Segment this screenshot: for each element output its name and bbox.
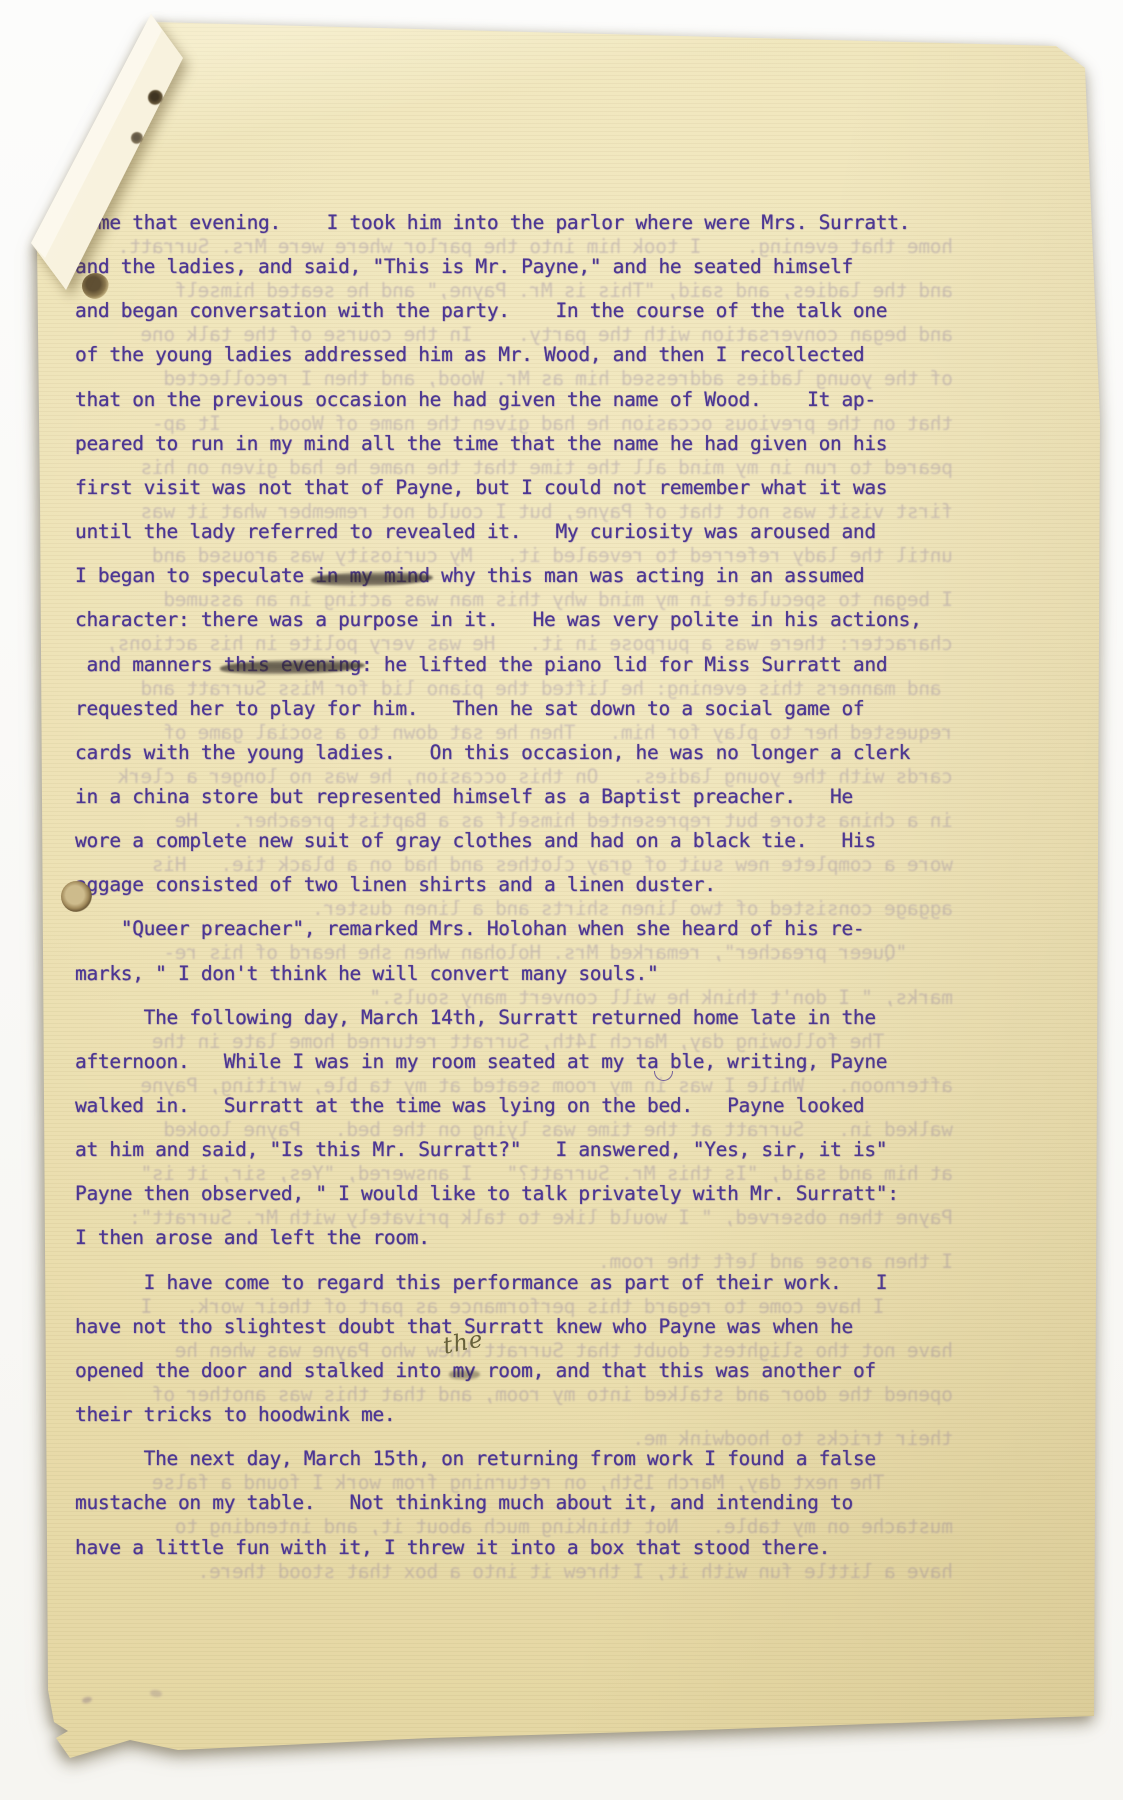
text-line: their tricks to hoodwink me. <box>75 1404 395 1426</box>
text-line: I began to speculate in my mind why this… <box>75 565 864 587</box>
bleedthrough-line: "Queer preacher", remarked Mrs. Holohan … <box>164 942 953 964</box>
ink-smudge <box>150 1689 163 1698</box>
bleedthrough-line: I then arose and left the room. <box>598 1251 953 1273</box>
text-line: and began conversation with the party. I… <box>75 300 887 322</box>
bleedthrough-line: opened the door and stalked into my room… <box>152 1384 953 1406</box>
bleedthrough-line: The following day, March 14th, Surratt r… <box>152 1031 953 1053</box>
text-segment: requested her to play for him. Then he s… <box>75 697 864 720</box>
text-line: home that evening. I took him into the p… <box>75 212 910 234</box>
text-segment: afternoon. While I was in my room seated… <box>75 1050 636 1073</box>
text-segment: why this man was acting in an assumed <box>430 564 865 587</box>
text-line: The next day, March 15th, on returning f… <box>75 1448 876 1470</box>
text-line: afternoon. While I was in my room seated… <box>75 1051 887 1073</box>
bleedthrough-line: character: there was a purpose in it. He… <box>106 633 953 655</box>
text-line: The following day, March 14th, Surratt r… <box>75 1007 876 1029</box>
text-segment: and began conversation with the party. I… <box>75 299 887 322</box>
text-line: "Queer preacher", remarked Mrs. Holohan … <box>75 918 864 940</box>
bleedthrough-line: requested her to play for him. Then he s… <box>164 722 953 744</box>
text-segment: "Queer preacher", remarked Mrs. Holohan … <box>75 917 864 940</box>
bleedthrough-line: aggage consisted of two linen shirts and… <box>312 898 953 920</box>
text-line: and the ladies, and said, "This is Mr. P… <box>75 256 853 278</box>
text-segment: that on the previous occasion he had giv… <box>75 388 876 411</box>
text-line: Payne then observed, " I would like to t… <box>75 1183 899 1205</box>
text-segment: , writing, Payne <box>704 1050 887 1073</box>
text-line: until the lady referred to revealed it. … <box>75 521 876 543</box>
text-segment: The following day, March 14th, Surratt r… <box>75 1006 876 1029</box>
text-segment: room, and that this was another of <box>475 1359 875 1382</box>
text-segment: have a little fun with it, I threw it in… <box>75 1536 830 1559</box>
text-line: and manners this evening: he lifted the … <box>75 654 887 676</box>
text-line: peared to run in my mind all the time th… <box>75 433 887 455</box>
text-segment: their tricks to hoodwink me. <box>75 1403 395 1426</box>
text-segment: peared to run in my mind all the time th… <box>75 432 887 455</box>
text-segment: I began to speculate <box>75 564 315 587</box>
text-line: marks, " I don't think he will convert m… <box>75 963 658 985</box>
text-segment: and manners <box>75 653 224 676</box>
bleedthrough-line: first visit was not that of Payne, but I… <box>141 501 953 523</box>
text-segment: walked in. Surratt at the time was lying… <box>75 1094 864 1117</box>
text-segment: and the ladies, and said, "This is Mr. P… <box>75 255 853 278</box>
text-line: in a china store but represented himself… <box>75 786 853 808</box>
text-segment: : he lifted the piano lid for Miss Surra… <box>361 653 887 676</box>
text-line: have not tho slightest doubt that Surrat… <box>75 1316 853 1338</box>
text-line: walked in. Surratt at the time was lying… <box>75 1095 864 1117</box>
text-segment: cards with the young ladies. On this occ… <box>75 741 910 764</box>
bleedthrough-line: walked in. Surratt at the time was lying… <box>164 1119 953 1141</box>
pin-hole <box>131 132 143 144</box>
text-segment: wore a complete new suit of gray clothes… <box>75 829 876 852</box>
text-segment: of the young ladies addressed him as Mr.… <box>75 343 864 366</box>
bleedthrough-line: wore a complete new suit of gray clothes… <box>152 854 953 876</box>
text-line: mustache on my table. Not thinking much … <box>75 1492 853 1514</box>
handwritten-correction: the <box>441 1328 485 1357</box>
document-page: home that evening. I took him into the p… <box>0 0 1123 1800</box>
paper-hole <box>66 1461 94 1497</box>
struck-text: mythe <box>453 1359 476 1382</box>
bleedthrough-line: and began conversation with the party. I… <box>141 324 953 346</box>
text-line: that on the previous occasion he had giv… <box>75 389 876 411</box>
text-line: first visit was not that of Payne, but I… <box>75 477 887 499</box>
struck-text: in my mind <box>315 564 429 587</box>
text-segment: until the lady referred to revealed it. … <box>75 520 876 543</box>
ink-smudge <box>81 1696 92 1704</box>
bleedthrough-line: their tricks to hoodwink me. <box>633 1428 953 1450</box>
bleedthrough-line: afternoon. While I was in my room seated… <box>141 1075 953 1097</box>
text-line: character: there was a purpose in it. He… <box>75 609 922 631</box>
text-segment: The next day, March 15th, on returning f… <box>75 1447 876 1470</box>
bleedthrough-line: Payne then observed, " I would like to t… <box>129 1207 953 1229</box>
bleedthrough-line: I have come to regard this performance a… <box>141 1296 953 1318</box>
bleedthrough-line: that on the previous occasion he had giv… <box>152 413 953 435</box>
struck-text: this evening <box>224 653 361 676</box>
bleedthrough-line: and manners this evening: he lifted the … <box>141 678 953 700</box>
bleedthrough-line: mustache on my table. Not thinking much … <box>175 1516 953 1538</box>
paper-hole <box>82 273 109 299</box>
bleedthrough-line: of the young ladies addressed him as Mr.… <box>164 368 953 390</box>
bleedthrough-line: marks, " I don't think he will convert m… <box>370 987 953 1009</box>
text-segment: at him and said, "Is this Mr. Surratt?" … <box>75 1138 887 1161</box>
text-segment: have not tho slightest doubt that Surrat… <box>75 1315 853 1338</box>
text-segment: ta ble <box>636 1050 705 1073</box>
text-segment: in a china store but represented himself… <box>75 785 853 808</box>
bleedthrough-text: home that evening. I took him into the p… <box>68 24 1028 1800</box>
text-line: at him and said, "Is this Mr. Surratt?" … <box>75 1139 887 1161</box>
bleedthrough-line: The next day, March 15th, on returning f… <box>152 1472 953 1494</box>
pin-hole <box>148 90 163 105</box>
text-line: cards with the young ladies. On this occ… <box>75 742 910 764</box>
text-line: of the young ladies addressed him as Mr.… <box>75 344 864 366</box>
text-line: I then arose and left the room. <box>75 1227 430 1249</box>
text-segment: I have come to regard this performance a… <box>75 1271 887 1294</box>
text-segment: Payne then observed, " I would like to t… <box>75 1182 899 1205</box>
bleedthrough-line: cards with the young ladies. On this occ… <box>118 766 953 788</box>
text-segment: marks, " I don't think he will convert m… <box>75 962 658 985</box>
text-segment: opened the door and stalked into <box>75 1359 453 1382</box>
text-line: opened the door and stalked into mythe r… <box>75 1360 876 1382</box>
typed-text: home that evening. I took him into the p… <box>0 0 1123 1800</box>
bleedthrough-line: have not tho slightest doubt that Surrat… <box>175 1340 953 1362</box>
text-segment: I then arose and left the room. <box>75 1226 430 1249</box>
bleedthrough-line: in a china store but represented himself… <box>175 810 953 832</box>
paper-hole <box>61 881 92 912</box>
text-segment: aggage consisted of two linen shirts and… <box>75 873 716 896</box>
bleedthrough-line: at him and said, "Is this Mr. Surratt?" … <box>141 1163 953 1185</box>
text-line: I have come to regard this performance a… <box>75 1272 887 1294</box>
text-segment: mustache on my table. Not thinking much … <box>75 1491 853 1514</box>
text-line: have a little fun with it, I threw it in… <box>75 1537 830 1559</box>
text-line: wore a complete new suit of gray clothes… <box>75 830 876 852</box>
text-line: requested her to play for him. Then he s… <box>75 698 864 720</box>
text-segment: home that evening. I took him into the p… <box>75 211 910 234</box>
bleedthrough-line: peared to run in my mind all the time th… <box>141 457 953 479</box>
bleedthrough-line: I began to speculate in my mind why this… <box>164 589 953 611</box>
bleedthrough-line: home that evening. I took him into the p… <box>118 236 953 258</box>
text-segment: character: there was a purpose in it. He… <box>75 608 922 631</box>
text-segment: first visit was not that of Payne, but I… <box>75 476 887 499</box>
scan-background: home that evening. I took him into the p… <box>0 0 1123 1800</box>
bleedthrough-line: and the ladies, and said, "This is Mr. P… <box>175 280 953 302</box>
document-page-wrap: home that evening. I took him into the p… <box>0 0 1123 1800</box>
text-line: aggage consisted of two linen shirts and… <box>75 874 716 896</box>
bleedthrough-line: have a little fun with it, I threw it in… <box>198 1561 953 1583</box>
bleedthrough-line: until the lady referred to revealed it. … <box>152 545 953 567</box>
